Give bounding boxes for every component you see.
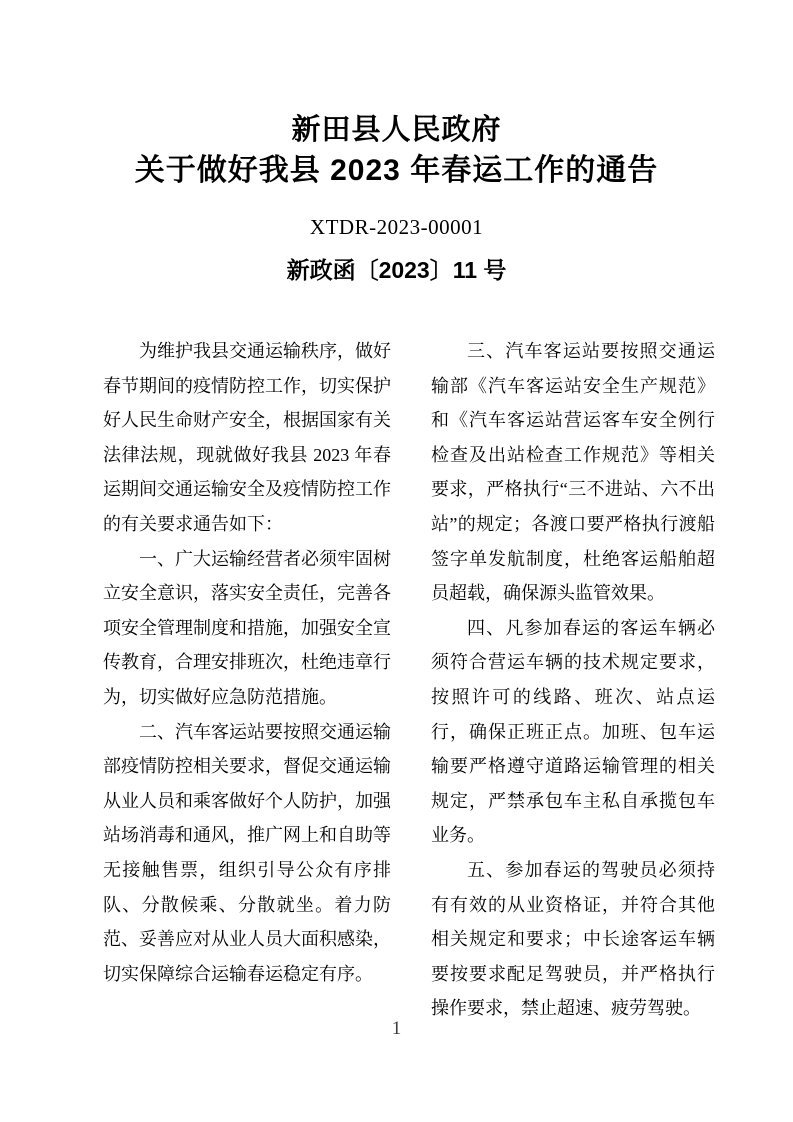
document-content: 新田县人民政府 关于做好我县 2023 年春运工作的通告 XTDR-2023-0… <box>0 0 793 1026</box>
document-title-line1: 新田县人民政府 <box>0 110 793 150</box>
paragraph: 四、凡参加春运的客运车辆必须符合营运车辆的技术规定要求，按照许可的线路、班次、站… <box>431 611 715 853</box>
document-number: 新政函〔2023〕11 号 <box>0 254 793 286</box>
paragraph: 三、汽车客运站要按照交通运输部《汽车客运站安全生产规范》和《汽车客运站营运客车安… <box>431 334 715 611</box>
paragraph: 为维护我县交通运输秩序，做好春节期间的疫情防控工作，切实保护好人民生命财产安全，… <box>103 334 391 542</box>
paragraph: 五、参加春运的驾驶员必须持有有效的从业资格证，并符合其他相关规定和要求；中长途客… <box>431 853 715 1026</box>
paragraph: 二、汽车客运站要按照交通运输部疫情防控相关要求，督促交通运输从业人员和乘客做好个… <box>103 715 391 992</box>
body-columns: 为维护我县交通运输秩序，做好春节期间的疫情防控工作，切实保护好人民生命财产安全，… <box>103 334 793 1026</box>
paragraph: 一、广大运输经营者必须牢固树立安全意识，落实安全责任，完善各项安全管理制度和措施… <box>103 542 391 715</box>
page-number: 1 <box>0 1018 793 1040</box>
left-column: 为维护我县交通运输秩序，做好春节期间的疫情防控工作，切实保护好人民生命财产安全，… <box>103 334 391 991</box>
right-column: 三、汽车客运站要按照交通运输部《汽车客运站安全生产规范》和《汽车客运站营运客车安… <box>431 334 715 1026</box>
document-code: XTDR-2023-00001 <box>0 212 793 242</box>
document-title-line2: 关于做好我县 2023 年春运工作的通告 <box>0 150 793 192</box>
document-page: 新田县人民政府 关于做好我县 2023 年春运工作的通告 XTDR-2023-0… <box>0 0 793 1122</box>
